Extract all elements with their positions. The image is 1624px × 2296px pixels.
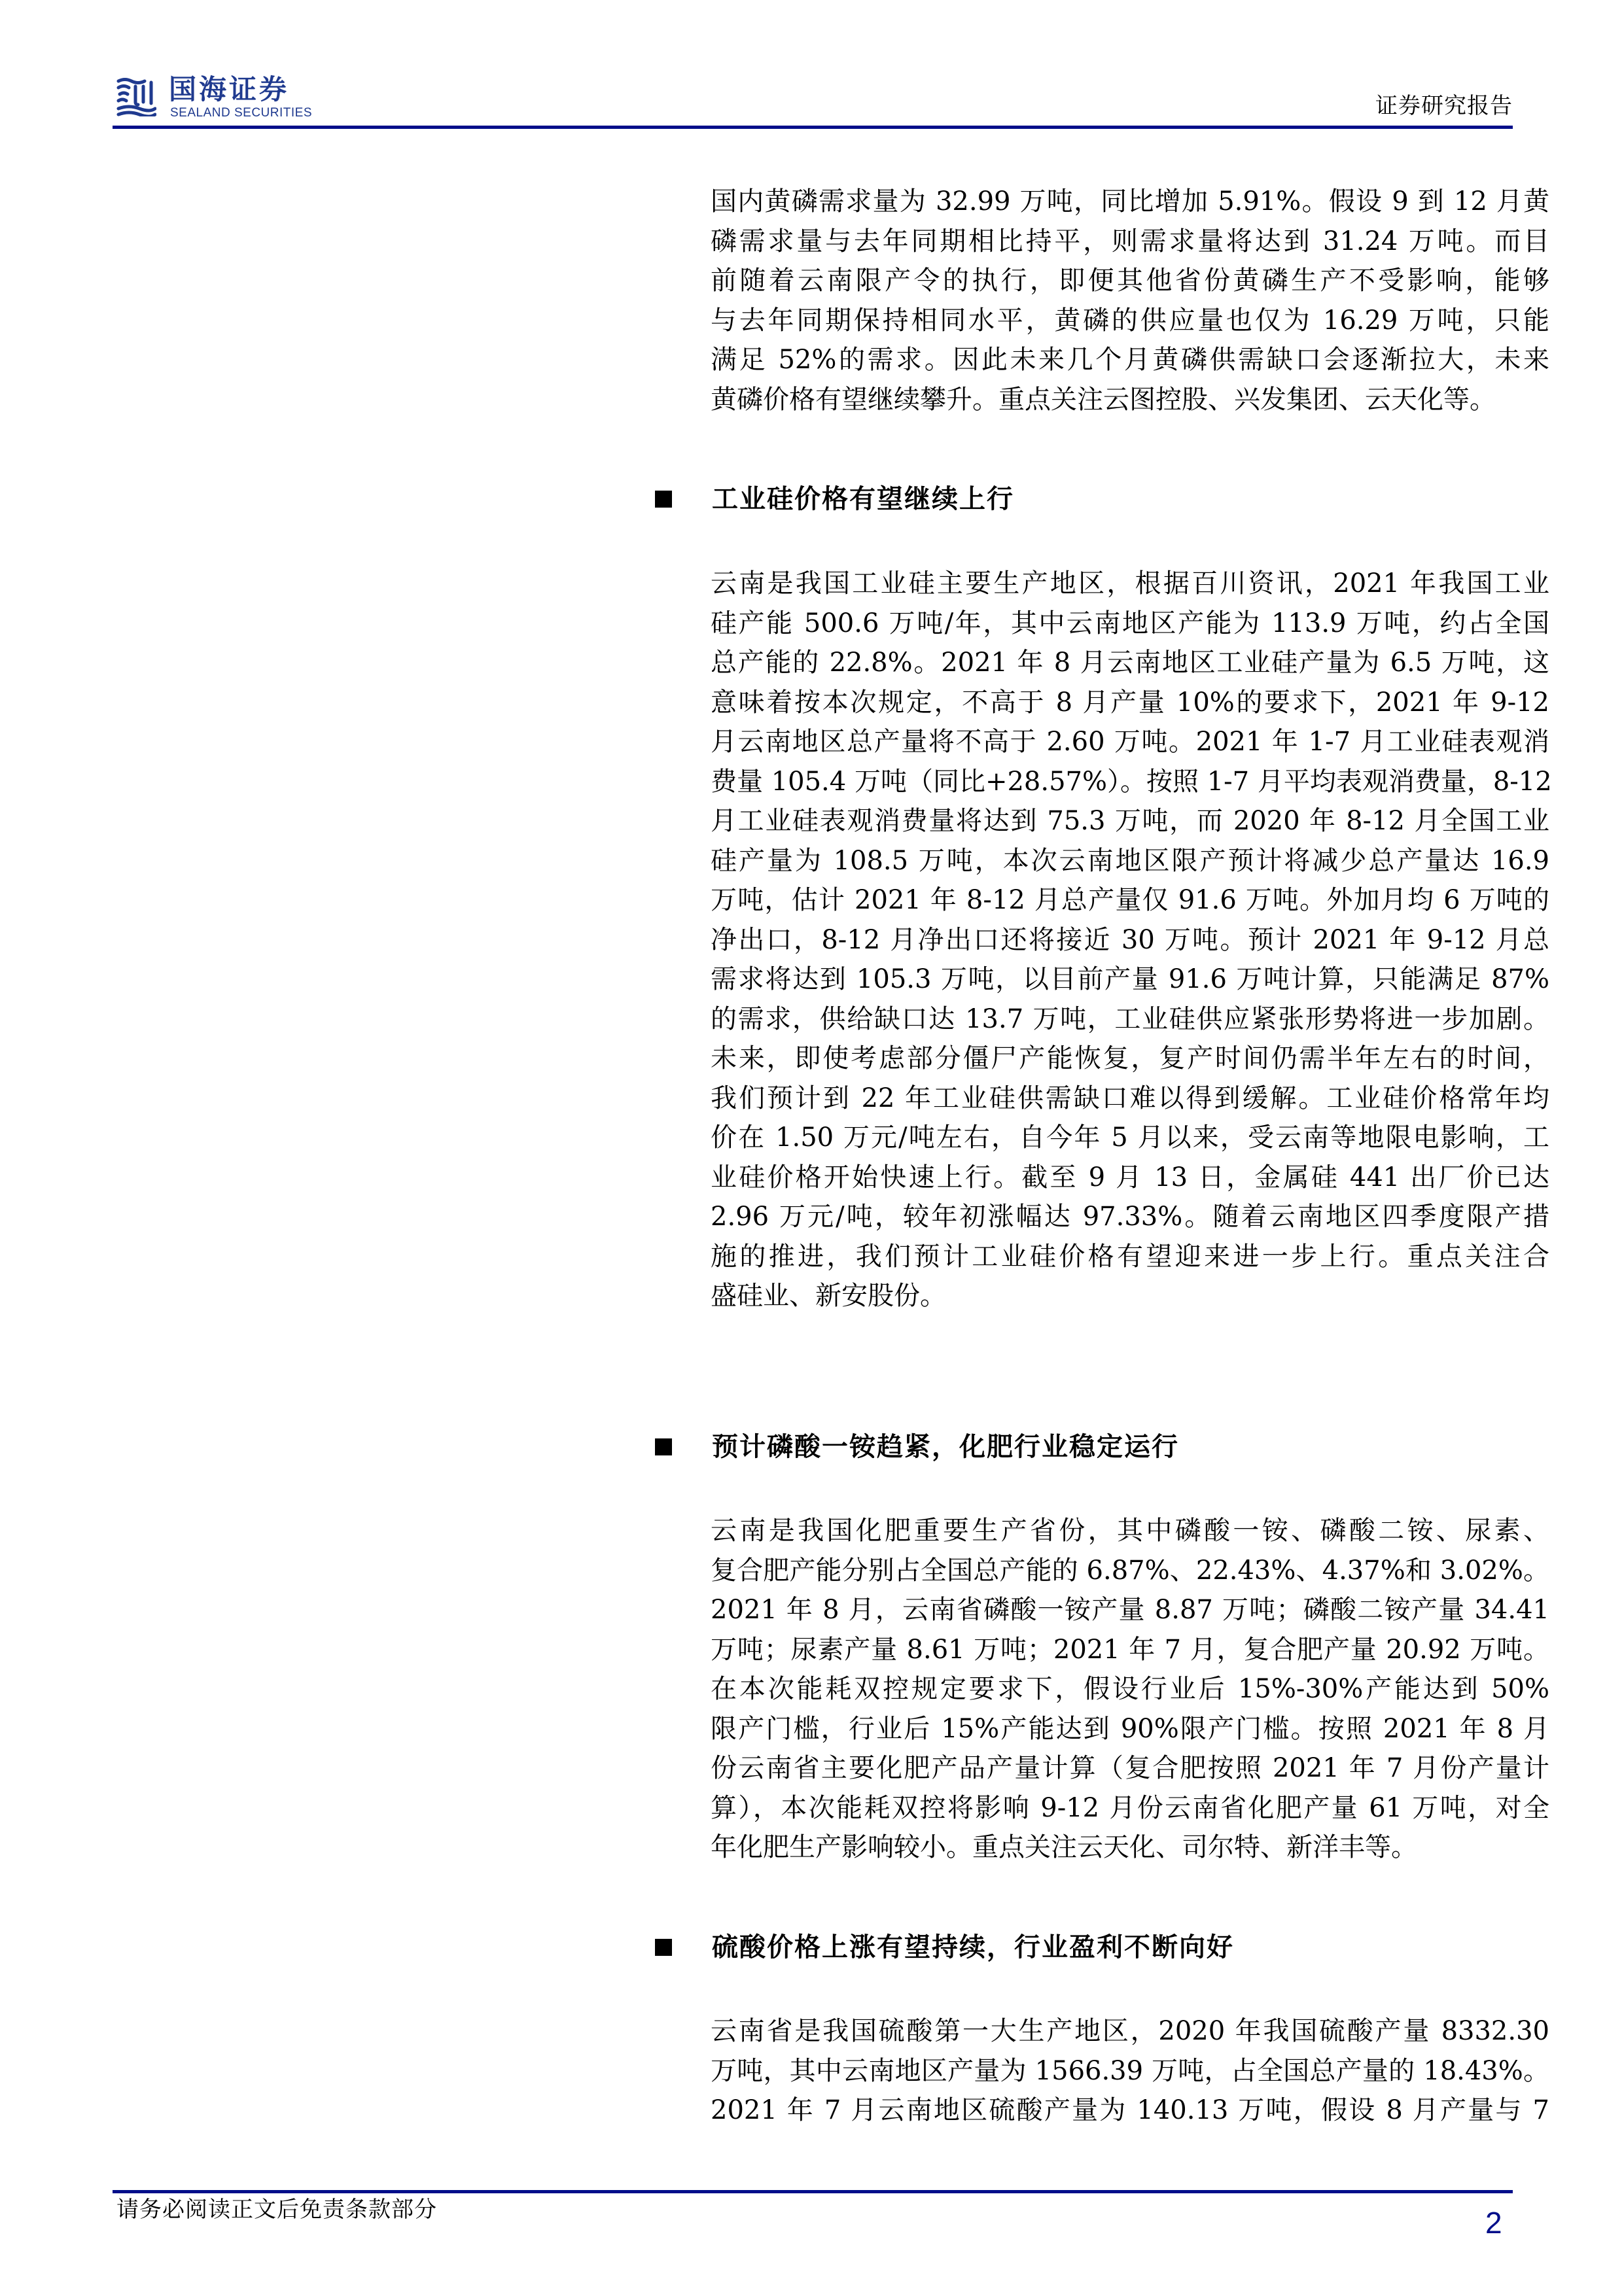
text-line: 与去年同期保持相同水平，黄磷的供应量也仅为 16.29 万吨，只能: [711, 301, 1549, 341]
text-line: 算），本次能耗双控将影响 9-12 月份云南省化肥产量 61 万吨，对全: [711, 1788, 1549, 1828]
text-line: 国内黄磷需求量为 32.99 万吨，同比增加 5.91%。假设 9 到 12 月…: [711, 182, 1549, 222]
square-bullet-icon: [655, 1438, 672, 1455]
text-line: 业硅价格开始快速上行。截至 9 月 13 日，金属硅 441 出厂价已达: [711, 1158, 1549, 1198]
section-heading-industrial-silicon: 工业硅价格有望继续上行: [655, 479, 672, 519]
text-line: 在本次能耗双控规定要求下，假设行业后 15%-30%产能达到 50%: [711, 1669, 1549, 1709]
text-line: 施的推进，我们预计工业硅价格有望迎来进一步上行。重点关注合: [711, 1237, 1549, 1277]
text-line: 限产门槛，行业后 15%产能达到 90%限产门槛。按照 2021 年 8 月: [711, 1709, 1549, 1749]
text-line: 满足 52%的需求。因此未来几个月黄磷供需缺口会逐渐拉大，未来: [711, 340, 1549, 380]
text-line: 2021 年 8 月，云南省磷酸一铵产量 8.87 万吨；磷酸二铵产量 34.4…: [711, 1590, 1549, 1630]
brand-name-en: SEALAND SECURITIES: [170, 107, 312, 120]
section-heading-fertilizer: 预计磷酸一铵趋紧，化肥行业稳定运行: [655, 1427, 672, 1467]
text-line: 年化肥生产影响较小。重点关注云天化、司尔特、新洋丰等。: [711, 1828, 1549, 1868]
text-line: 盛硅业、新安股份。: [711, 1276, 1549, 1316]
text-line: 我们预计到 22 年工业硅供需缺口难以得到缓解。工业硅价格常年均: [711, 1079, 1549, 1119]
text-line: 云南是我国化肥重要生产省份，其中磷酸一铵、磷酸二铵、尿素、: [711, 1511, 1549, 1551]
brand-name-cn: 国海证券: [169, 75, 289, 105]
page-number: 2: [1485, 2207, 1502, 2238]
square-bullet-icon: [655, 1939, 672, 1956]
text-line: 的需求，供给缺口达 13.7 万吨，工业硅供应紧张形势将进一步加剧。: [711, 1000, 1549, 1039]
text-line: 黄磷价格有望继续攀升。重点关注云图控股、兴发集团、云天化等。: [711, 380, 1549, 420]
text-line: 万吨；尿素产量 8.61 万吨；2021 年 7 月，复合肥产量 20.92 万…: [711, 1630, 1549, 1670]
text-line: 万吨，其中云南地区产量为 1566.39 万吨，占全国总产量的 18.43%。: [711, 2051, 1549, 2091]
section-heading-sulfuric-acid: 硫酸价格上涨有望持续，行业盈利不断向好: [655, 1928, 672, 1967]
disclaimer-note: 请务必阅读正文后免责条款部分: [116, 2196, 437, 2223]
header-divider: [113, 126, 1513, 129]
text-line: 云南是我国工业硅主要生产地区，根据百川资讯，2021 年我国工业: [711, 564, 1549, 604]
text-line: 硅产量为 108.5 万吨，本次云南地区限产预计将减少总产量达 16.9: [711, 841, 1549, 881]
text-line: 万吨，估计 2021 年 8-12 月总产量仅 91.6 万吨。外加月均 6 万…: [711, 880, 1549, 920]
text-line: 2021 年 7 月云南地区硫酸产量为 140.13 万吨，假设 8 月产量与 …: [711, 2091, 1549, 2131]
text-line: 月云南地区总产量将不高于 2.60 万吨。2021 年 1-7 月工业硅表观消: [711, 722, 1549, 762]
text-line: 份云南省主要化肥产品产量计算（复合肥按照 2021 年 7 月份产量计: [711, 1748, 1549, 1788]
square-bullet-icon: [655, 491, 672, 508]
section-heading-text: 预计磷酸一铵趋紧，化肥行业稳定运行: [712, 1427, 1179, 1467]
footer-divider: [113, 2190, 1513, 2193]
text-line: 费量 105.4 万吨（同比+28.57%）。按照 1-7 月平均表观消费量，8…: [711, 762, 1549, 802]
paragraph-sulfuric-acid: 云南省是我国硫酸第一大生产地区，2020 年我国硫酸产量 8332.30 万吨，…: [711, 2011, 1549, 2131]
paragraph-fertilizer: 云南是我国化肥重要生产省份，其中磷酸一铵、磷酸二铵、尿素、 复合肥产能分别占全国…: [711, 1511, 1549, 1868]
page-header: 国海证券 SEALAND SECURITIES 证券研究报告: [0, 0, 1624, 131]
text-line: 意味着按本次规定，不高于 8 月产量 10%的要求下，2021 年 9-12: [711, 683, 1549, 723]
text-line: 月工业硅表观消费量将达到 75.3 万吨，而 2020 年 8-12 月全国工业: [711, 801, 1549, 841]
text-line: 未来，即使考虑部分僵尸产能恢复，复产时间仍需半年左右的时间，: [711, 1039, 1549, 1079]
text-line: 2.96 万元/吨，较年初涨幅达 97.33%。随着云南地区四季度限产措: [711, 1197, 1549, 1237]
sealand-logo-icon: [116, 77, 156, 116]
paragraph-industrial-silicon: 云南是我国工业硅主要生产地区，根据百川资讯，2021 年我国工业 硅产能 500…: [711, 564, 1549, 1316]
text-line: 硅产能 500.6 万吨/年，其中云南地区产能为 113.9 万吨，约占全国: [711, 604, 1549, 644]
text-line: 复合肥产能分别占全国总产能的 6.87%、22.43%、4.37%和 3.02%…: [711, 1551, 1549, 1591]
text-line: 磷需求量与去年同期相比持平，则需求量将达到 31.24 万吨。而目: [711, 222, 1549, 262]
text-line: 净出口，8-12 月净出口还将接近 30 万吨。预计 2021 年 9-12 月…: [711, 920, 1549, 960]
report-type-label: 证券研究报告: [1375, 93, 1513, 119]
text-line: 总产能的 22.8%。2021 年 8 月云南地区工业硅产量为 6.5 万吨，这: [711, 643, 1549, 683]
text-line: 需求将达到 105.3 万吨，以目前产量 91.6 万吨计算，只能满足 87%: [711, 960, 1549, 1000]
text-line: 云南省是我国硫酸第一大生产地区，2020 年我国硫酸产量 8332.30: [711, 2011, 1549, 2051]
text-line: 前随着云南限产令的执行，即便其他省份黄磷生产不受影响，能够: [711, 261, 1549, 301]
paragraph-yellow-phosphorus: 国内黄磷需求量为 32.99 万吨，同比增加 5.91%。假设 9 到 12 月…: [711, 182, 1549, 419]
section-heading-text: 硫酸价格上涨有望持续，行业盈利不断向好: [712, 1928, 1234, 1967]
section-heading-text: 工业硅价格有望继续上行: [712, 479, 1014, 519]
text-line: 价在 1.50 万元/吨左右，自今年 5 月以来，受云南等地限电影响，工: [711, 1118, 1549, 1158]
